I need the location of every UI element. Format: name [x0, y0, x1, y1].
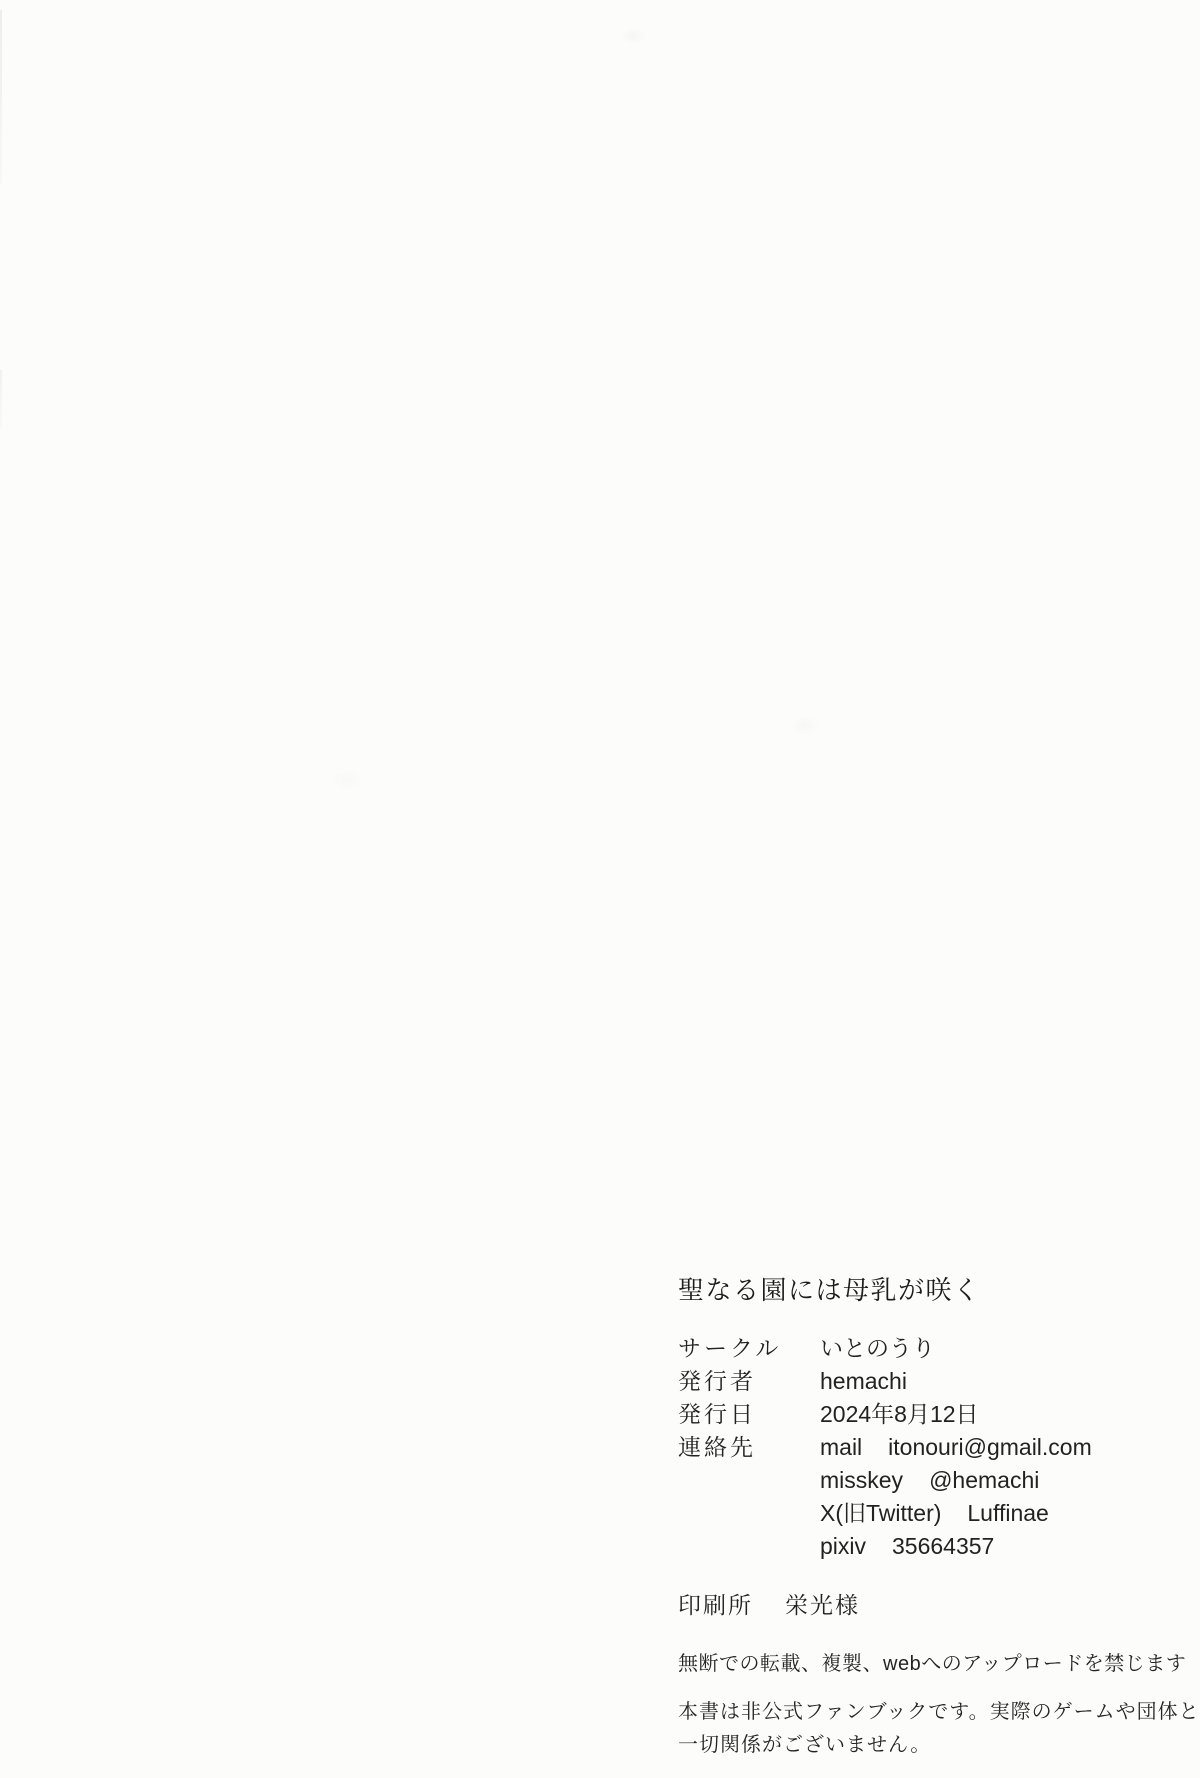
scan-edge-artifact: [0, 370, 2, 430]
scan-spot-artifact: [790, 715, 820, 737]
publisher-label: 発行者: [678, 1365, 820, 1398]
book-title: 聖なる園には母乳が咲く: [678, 1270, 981, 1307]
scan-spot-artifact: [330, 770, 364, 790]
disclaimer-line-2: 一切関係がございません。: [678, 1729, 1200, 1762]
circle-value: いとのうり: [820, 1332, 935, 1365]
notice-disclaimer: 本書は非公式ファンブックです。実際のゲームや団体とは 一切関係がございません。: [678, 1696, 1200, 1762]
colophon-row-circle: サークル いとのうり: [678, 1332, 1092, 1365]
contact-service: pixiv: [820, 1530, 866, 1563]
circle-label: サークル: [678, 1332, 820, 1365]
publisher-value: hemachi: [820, 1365, 907, 1398]
contact-label: 連絡先: [678, 1431, 820, 1563]
printer-name: 栄光様: [785, 1589, 860, 1622]
printer-row: 印刷所 栄光様: [678, 1589, 860, 1622]
contact-line-mail: mail itonouri@gmail.com: [820, 1431, 1092, 1464]
contact-value-email: itonouri@gmail.com: [888, 1431, 1092, 1464]
contact-line-x-twitter: X(旧Twitter) Luffinae: [820, 1497, 1092, 1530]
notice-no-reproduction: 無断での転載、複製、webへのアップロードを禁じます: [678, 1650, 1186, 1678]
contact-line-pixiv: pixiv 35664357: [820, 1530, 1092, 1563]
contact-value-x: Luffinae: [967, 1497, 1048, 1530]
contact-line-misskey: misskey @hemachi: [820, 1464, 1092, 1497]
contact-service: X(旧Twitter): [820, 1497, 941, 1530]
contact-value-misskey: @hemachi: [929, 1464, 1039, 1497]
scanned-colophon-page: 聖なる園には母乳が咲く サークル いとのうり 発行者 hemachi 発行日 2…: [0, 0, 1200, 1778]
contact-service: mail: [820, 1431, 862, 1464]
contact-service: misskey: [820, 1464, 903, 1497]
colophon-info: サークル いとのうり 発行者 hemachi 発行日 2024年8月12日 連絡…: [678, 1332, 1092, 1563]
issue-date-value: 2024年8月12日: [820, 1398, 979, 1431]
colophon-row-issue-date: 発行日 2024年8月12日: [678, 1398, 1092, 1431]
scan-edge-artifact: [0, 10, 2, 185]
issue-date-label: 発行日: [678, 1398, 820, 1431]
colophon-row-contact: 連絡先 mail itonouri@gmail.com misskey @hem…: [678, 1431, 1092, 1563]
printer-label: 印刷所: [678, 1589, 753, 1622]
contact-value-pixiv: 35664357: [892, 1530, 994, 1563]
colophon-row-publisher: 発行者 hemachi: [678, 1365, 1092, 1398]
scan-spot-artifact: [620, 28, 646, 44]
contact-lines: mail itonouri@gmail.com misskey @hemachi…: [820, 1431, 1092, 1563]
disclaimer-line-1: 本書は非公式ファンブックです。実際のゲームや団体とは: [678, 1696, 1200, 1729]
